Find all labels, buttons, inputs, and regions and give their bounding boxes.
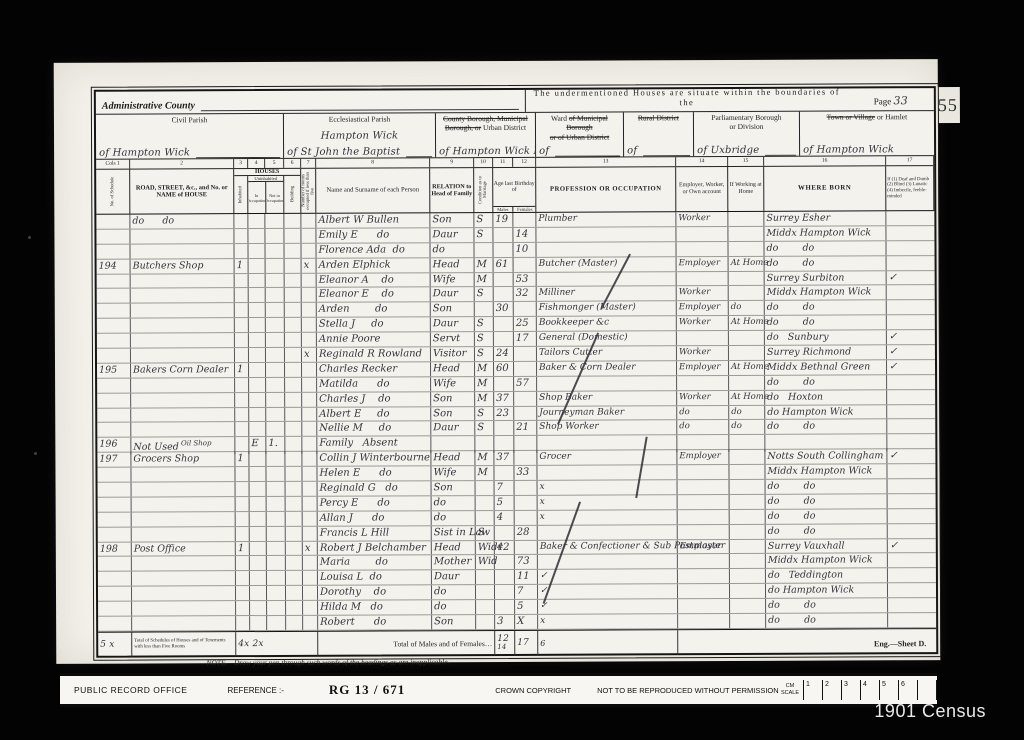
cell-h4 <box>285 273 302 287</box>
total-males: 1214 <box>495 631 515 655</box>
cell-born: do Hoxton <box>765 390 887 404</box>
cell-am: 60 <box>494 362 514 376</box>
cell-born: Middx Hampton Wick <box>765 286 887 300</box>
cell-h1 <box>234 229 248 243</box>
col-uninhabited-header: Uninhabited In Occupation Not in Occupat… <box>248 176 284 213</box>
cell-h4 <box>285 303 302 317</box>
cell-emp <box>677 435 729 451</box>
cm-scale-ruler: 1 2 3 4 5 6 <box>803 680 937 700</box>
cell-h5 <box>301 229 316 243</box>
cell-cond <box>475 302 494 316</box>
cell-mark: ✓ <box>887 345 935 359</box>
cell-am <box>495 526 515 540</box>
total-extra: 6 <box>538 630 678 655</box>
cell-home <box>729 331 765 345</box>
cell-h5 <box>303 571 318 585</box>
cell-mark <box>886 241 934 255</box>
cell-s <box>96 215 130 229</box>
cell-mark <box>886 211 934 225</box>
total-males-females-label: Total of Males and of Females… <box>318 631 495 656</box>
cell-mark <box>888 479 936 493</box>
cell-rel: do <box>430 243 474 257</box>
cell-h2 <box>250 571 267 585</box>
cell-emp <box>678 584 730 598</box>
headings-note: NOTE.—Draw your pen through such words o… <box>206 657 449 667</box>
cell-h5 <box>302 273 317 287</box>
cell-home: At Home <box>729 316 765 330</box>
cell-home <box>730 495 766 509</box>
cell-born: Middx Hampton Wick <box>764 226 886 240</box>
cell-born: do do <box>764 241 886 255</box>
cell-prof: ✓ <box>538 599 678 614</box>
cell-r <box>130 229 234 243</box>
cell-s <box>98 512 132 526</box>
cell-h4 <box>284 244 301 258</box>
cell-emp: Worker <box>676 212 728 226</box>
census-scan-page: 155 Administrative County The undermenti… <box>54 59 941 664</box>
cell-h4 <box>285 259 302 273</box>
cell-home <box>728 227 764 241</box>
cell-born: do Teddington <box>766 569 888 583</box>
cell-h3 <box>265 244 284 258</box>
cell-am <box>495 570 515 584</box>
cell-h4 <box>285 407 302 421</box>
cell-h2 <box>249 422 266 436</box>
col-houses-header: HOUSES Inhabited Uninhabited In Occupati… <box>234 169 301 213</box>
cell-af <box>514 451 537 465</box>
cell-r <box>132 601 236 615</box>
administrative-county-label: Administrative County <box>102 100 195 111</box>
cell-r <box>131 378 235 392</box>
cell-nm: Eleanor A do <box>317 273 431 287</box>
cell-h1: 1 <box>236 542 250 556</box>
cell-home <box>730 599 766 613</box>
cell-rel: do <box>432 585 476 599</box>
cell-am: 23 <box>494 407 514 421</box>
cell-cond: S <box>474 228 493 242</box>
cell-prof: General (Domestic) <box>537 331 677 346</box>
cell-emp: Worker <box>677 316 729 330</box>
cell-h5 <box>302 452 317 466</box>
cell-r <box>132 527 236 541</box>
cell-nm: Reginald G do <box>318 481 432 495</box>
cell-h4 <box>285 437 302 453</box>
cell-nm: Collin J Winterbourne <box>317 452 431 466</box>
cell-h5 <box>301 214 316 228</box>
cell-af: X <box>515 615 538 629</box>
cell-cond: S <box>475 317 494 331</box>
cell-h2 <box>249 303 266 317</box>
cell-am <box>494 436 514 452</box>
cell-r: do do <box>130 214 234 228</box>
cell-born: do do <box>766 494 888 508</box>
cell-af <box>514 347 537 361</box>
cell-mark <box>887 420 935 434</box>
cell-s <box>97 274 131 288</box>
cell-af: 21 <box>514 421 537 435</box>
cell-h1 <box>234 244 248 258</box>
cell-h5 <box>302 437 317 453</box>
cell-r <box>131 408 235 422</box>
cell-h1 <box>236 601 250 615</box>
cell-h1 <box>236 586 250 600</box>
cell-emp: Employer <box>678 540 730 554</box>
cell-am: 24 <box>494 347 514 361</box>
cell-prof: Butcher (Master) <box>537 257 677 272</box>
reproduction-notice: NOT TO BE REPRODUCED WITHOUT PERMISSION <box>597 686 779 695</box>
cell-rel: Servt <box>431 332 475 346</box>
cell-nm: Percy E do <box>318 496 432 510</box>
cell-mark <box>887 300 935 314</box>
cell-born: Middx Bethnal Green <box>765 360 887 374</box>
cell-h5 <box>302 467 317 481</box>
cell-h2 <box>250 512 267 526</box>
cell-am: 61 <box>494 258 514 272</box>
cell-s <box>98 498 132 512</box>
cell-s <box>97 349 131 363</box>
cell-s <box>97 319 131 333</box>
col-building-header: Building <box>284 176 301 213</box>
cell-r: Post Office <box>132 542 236 556</box>
cell-nm: Allan J do <box>318 511 432 525</box>
cell-born: do do <box>765 375 887 389</box>
column-number: 5 <box>265 159 284 168</box>
cell-home <box>729 450 765 464</box>
cell-prof: x <box>538 614 678 629</box>
cell-nm: Dorothy do <box>318 586 432 600</box>
cell-h4 <box>286 571 303 585</box>
total-females: 17 <box>515 631 538 655</box>
cell-am: 5 <box>495 496 515 510</box>
cell-af: 57 <box>514 377 537 391</box>
cell-born: do do <box>766 509 888 523</box>
cell-af: 33 <box>514 466 537 480</box>
cell-nm: Albert W Bullen <box>316 213 430 227</box>
cell-emp <box>678 510 730 524</box>
cell-mark <box>887 375 935 389</box>
cell-af: 7 <box>515 585 538 599</box>
cell-s <box>97 378 131 392</box>
cell-h1 <box>236 616 250 630</box>
cell-home <box>730 480 766 494</box>
cell-h2 <box>250 482 267 496</box>
cell-mark: ✓ <box>887 271 935 285</box>
cell-h5 <box>301 244 316 258</box>
cell-emp <box>678 480 730 494</box>
cell-h2 <box>248 214 265 228</box>
cell-h2 <box>249 318 266 332</box>
ward-cell: Ward of Municipal Borough or of Urban Di… <box>536 112 624 156</box>
cell-h2 <box>248 244 265 258</box>
cell-af <box>514 392 537 406</box>
cell-emp: Employer <box>677 361 729 375</box>
cell-h2 <box>250 601 267 615</box>
column-number: 13 <box>536 157 676 167</box>
cell-emp <box>677 376 729 390</box>
cell-h3 <box>266 452 285 466</box>
cell-born: Middx Hampton Wick <box>766 554 888 568</box>
col-where-born-header: WHERE BORN <box>764 166 886 211</box>
cell-mark: ✓ <box>887 449 935 463</box>
col-age-females-header: Females <box>513 207 536 212</box>
col-age-header: Age last Birthday of Males Females <box>493 168 536 212</box>
cell-h3 <box>266 422 285 436</box>
cell-h1: 1 <box>235 363 249 377</box>
cell-h4 <box>285 393 302 407</box>
cell-r <box>131 333 235 347</box>
cell-h2 <box>250 556 267 570</box>
cell-born: do do <box>766 598 888 612</box>
cell-s <box>98 602 132 616</box>
cell-emp: Worker <box>677 391 729 405</box>
cell-h2 <box>250 497 267 511</box>
cell-s: 194 <box>97 259 131 273</box>
cell-mark <box>888 613 936 627</box>
column-number: 16 <box>764 156 886 166</box>
cell-h5: x <box>302 258 317 272</box>
col-condition-header: Condition as to Marriage <box>474 168 493 212</box>
cell-h3 <box>267 482 286 496</box>
cell-s <box>97 468 131 482</box>
cell-born: do do <box>766 524 888 538</box>
cell-s <box>97 393 131 407</box>
cell-nm: Charles J do <box>317 392 431 406</box>
cell-r <box>131 289 235 303</box>
col-rooms-header: Number of rooms occupied if less than fi… <box>301 169 316 213</box>
cell-emp: Worker <box>677 286 729 300</box>
cell-h2 <box>249 348 266 362</box>
page-number: Page 33 <box>848 94 934 110</box>
total-houses-value: 4x 2x <box>236 632 318 656</box>
cell-h5 <box>302 378 317 392</box>
form-top-row: Administrative County The undermentioned… <box>96 88 934 115</box>
cell-born: do do <box>765 420 887 434</box>
cell-h3 <box>266 303 285 317</box>
sheet-label: Eng.—Sheet D. <box>874 639 926 648</box>
cell-h1 <box>235 423 249 437</box>
cell-am: 37 <box>494 392 514 406</box>
cell-emp <box>678 525 730 539</box>
cell-h5 <box>303 482 318 496</box>
cell-s <box>97 289 131 303</box>
column-number: 12 <box>513 158 536 167</box>
cell-am <box>494 287 514 301</box>
cell-rel: Head <box>432 541 476 555</box>
cell-h3 <box>266 408 285 422</box>
cell-prof: Grocer <box>537 450 677 465</box>
reference-label: REFERENCE :- <box>227 686 283 695</box>
cell-am: 30 <box>494 302 514 316</box>
cell-af <box>515 540 538 554</box>
cell-born: do do <box>766 613 888 627</box>
cell-rel: Head <box>431 362 475 376</box>
cell-h3 <box>267 601 286 615</box>
cell-nm: Arden do <box>317 303 431 317</box>
col-age-males-header: Males <box>493 207 513 212</box>
cell-mark <box>888 583 936 597</box>
column-header-row: No. of Schedule ROAD, STREET, &c., and N… <box>96 166 934 215</box>
cell-h4 <box>285 318 302 332</box>
cell-s <box>98 617 132 631</box>
administrative-county-box: Administrative County <box>96 90 526 114</box>
cell-cond: S <box>475 421 494 435</box>
cell-h5 <box>302 303 317 317</box>
column-number: 4 <box>248 159 265 168</box>
cell-nm: Maria do <box>318 556 432 570</box>
cell-born: do do <box>765 316 887 330</box>
cell-r <box>132 557 236 571</box>
cell-h3 <box>266 333 285 347</box>
cell-home: At Home <box>729 361 765 375</box>
cell-h2 <box>249 378 266 392</box>
cell-prof: ✓ <box>538 584 678 599</box>
cell-r <box>132 572 236 586</box>
cell-h5 <box>302 363 317 377</box>
cell-h4 <box>286 541 303 555</box>
district-header-row: Civil Parish of Hampton Wick Ecclesiasti… <box>96 111 934 160</box>
cell-cond: S <box>475 332 494 346</box>
cell-prof: x <box>538 510 678 525</box>
cell-h5: x <box>303 541 318 555</box>
cell-home <box>729 376 765 390</box>
cell-s: 195 <box>97 364 131 378</box>
cell-emp <box>678 614 730 628</box>
cell-emp: Employer <box>677 257 729 271</box>
cell-h4 <box>286 586 303 600</box>
cell-home <box>729 435 765 451</box>
cell-h4 <box>286 556 303 570</box>
col-in-occupation-header: In Occupation <box>248 182 266 213</box>
cell-nm: Robert J Belchamber <box>318 541 432 555</box>
col-not-in-occupation-header: Not in Occupation <box>266 182 284 213</box>
cell-cond <box>476 615 495 629</box>
county-borough-cell: County Borough, Municipal Borough, or Ur… <box>436 113 536 157</box>
cell-cond <box>476 600 495 614</box>
cell-r <box>130 244 234 258</box>
cell-home <box>730 510 766 524</box>
cell-home: At Home <box>729 391 765 405</box>
cell-h1 <box>235 303 249 317</box>
scan-noise <box>34 452 37 455</box>
cell-cond <box>476 570 495 584</box>
cell-h2 <box>250 542 267 556</box>
column-number: 17 <box>886 156 934 165</box>
cell-h2: E <box>249 437 266 453</box>
cell-home <box>730 584 766 598</box>
cell-af <box>514 302 537 316</box>
cell-nm: Hilda M do <box>318 600 432 614</box>
cell-rel: Daur <box>431 288 475 302</box>
total-schedules-value: 5 x <box>98 633 132 657</box>
cell-rel <box>431 436 475 452</box>
cell-h3 <box>267 542 286 556</box>
cell-emp: Worker <box>677 346 729 360</box>
cell-prof: Shop Baker <box>537 391 677 406</box>
cell-mark <box>888 598 936 612</box>
census-table: Cols 1234567891011121314151617 No. of Sc… <box>96 156 936 657</box>
cell-am: 4 <box>495 511 515 525</box>
cell-born: do Hampton Wick <box>765 405 887 419</box>
cell-h2 <box>250 527 267 541</box>
cell-cond: M <box>475 258 494 272</box>
cell-h4 <box>285 363 302 377</box>
screenshot-root: 155 Administrative County The undermenti… <box>0 0 1024 740</box>
cell-h1 <box>235 378 249 392</box>
cell-af: 73 <box>515 555 538 569</box>
cell-s <box>98 557 132 571</box>
cell-nm: Stella J do <box>317 318 431 332</box>
cell-emp: do <box>677 420 729 434</box>
column-number: 8 <box>316 158 430 167</box>
cell-home <box>730 554 766 568</box>
cell-prof: Baker & Confectioner & Sub Postmaster <box>538 540 678 555</box>
cell-h3 <box>266 318 285 332</box>
cell-rel: Son <box>432 481 476 495</box>
town-village-hamlet-cell: Town or Village or Hamlet of Hampton Wic… <box>800 111 934 156</box>
cell-cond <box>476 585 495 599</box>
col-relation-header: RELATION to Head of Family <box>430 168 474 212</box>
ecclesiastical-parish-cell: Ecclesiastical Parish Hampton Wick of St… <box>284 113 436 158</box>
col-road-header: ROAD, STREET, &c., and No. or NAME of HO… <box>130 169 234 213</box>
cell-nm: Arden Elphick <box>317 258 431 272</box>
cell-h3: 1. <box>266 437 285 453</box>
cell-h4 <box>286 512 303 526</box>
copyright-label: CROWN COPYRIGHT <box>495 686 571 695</box>
cell-nm: Robert do <box>318 615 432 629</box>
cell-prof <box>537 376 677 391</box>
rural-district-cell: Rural District of <box>624 112 694 156</box>
cell-mark: ✓ <box>887 360 935 374</box>
cell-prof: Bookkeeper &c <box>537 316 677 331</box>
cell-mark <box>887 286 935 300</box>
cell-rel: Wife <box>431 466 475 480</box>
cell-h4 <box>286 616 303 630</box>
cell-h1 <box>236 482 250 496</box>
cell-home <box>730 539 766 553</box>
cell-h5 <box>303 497 318 511</box>
cell-h2 <box>249 288 266 302</box>
cell-rel: Head <box>431 451 475 465</box>
cell-r: Bakers Corn Dealer <box>131 363 235 377</box>
cell-am <box>494 332 514 346</box>
cell-h2 <box>249 274 266 288</box>
cell-h5 <box>303 556 318 570</box>
cell-af: 14 <box>513 228 536 242</box>
cell-h5: x <box>302 348 317 362</box>
cell-mark <box>888 568 936 582</box>
cell-h5 <box>303 526 318 540</box>
cell-r <box>132 482 236 496</box>
col-profession-header: PROFESSION OR OCCUPATION <box>536 167 676 212</box>
cell-am: 7 <box>495 481 515 495</box>
cell-born: Surrey Surbiton <box>765 271 887 285</box>
cell-r <box>132 497 236 511</box>
cell-am <box>495 585 515 599</box>
column-number: 14 <box>676 157 728 166</box>
cell-s <box>96 229 130 243</box>
cell-born: Surrey Vauxhall <box>766 539 888 553</box>
column-number: 6 <box>284 159 301 168</box>
cell-prof <box>536 227 676 242</box>
cell-r <box>131 274 235 288</box>
cell-h1 <box>235 437 249 453</box>
cell-home <box>729 271 765 285</box>
cell-h4 <box>285 452 302 466</box>
cell-r <box>131 318 235 332</box>
cell-rel: Mother <box>432 556 476 570</box>
cell-nm: Albert E do <box>317 407 431 421</box>
cell-nm: Reginald R Rowland <box>317 347 431 361</box>
